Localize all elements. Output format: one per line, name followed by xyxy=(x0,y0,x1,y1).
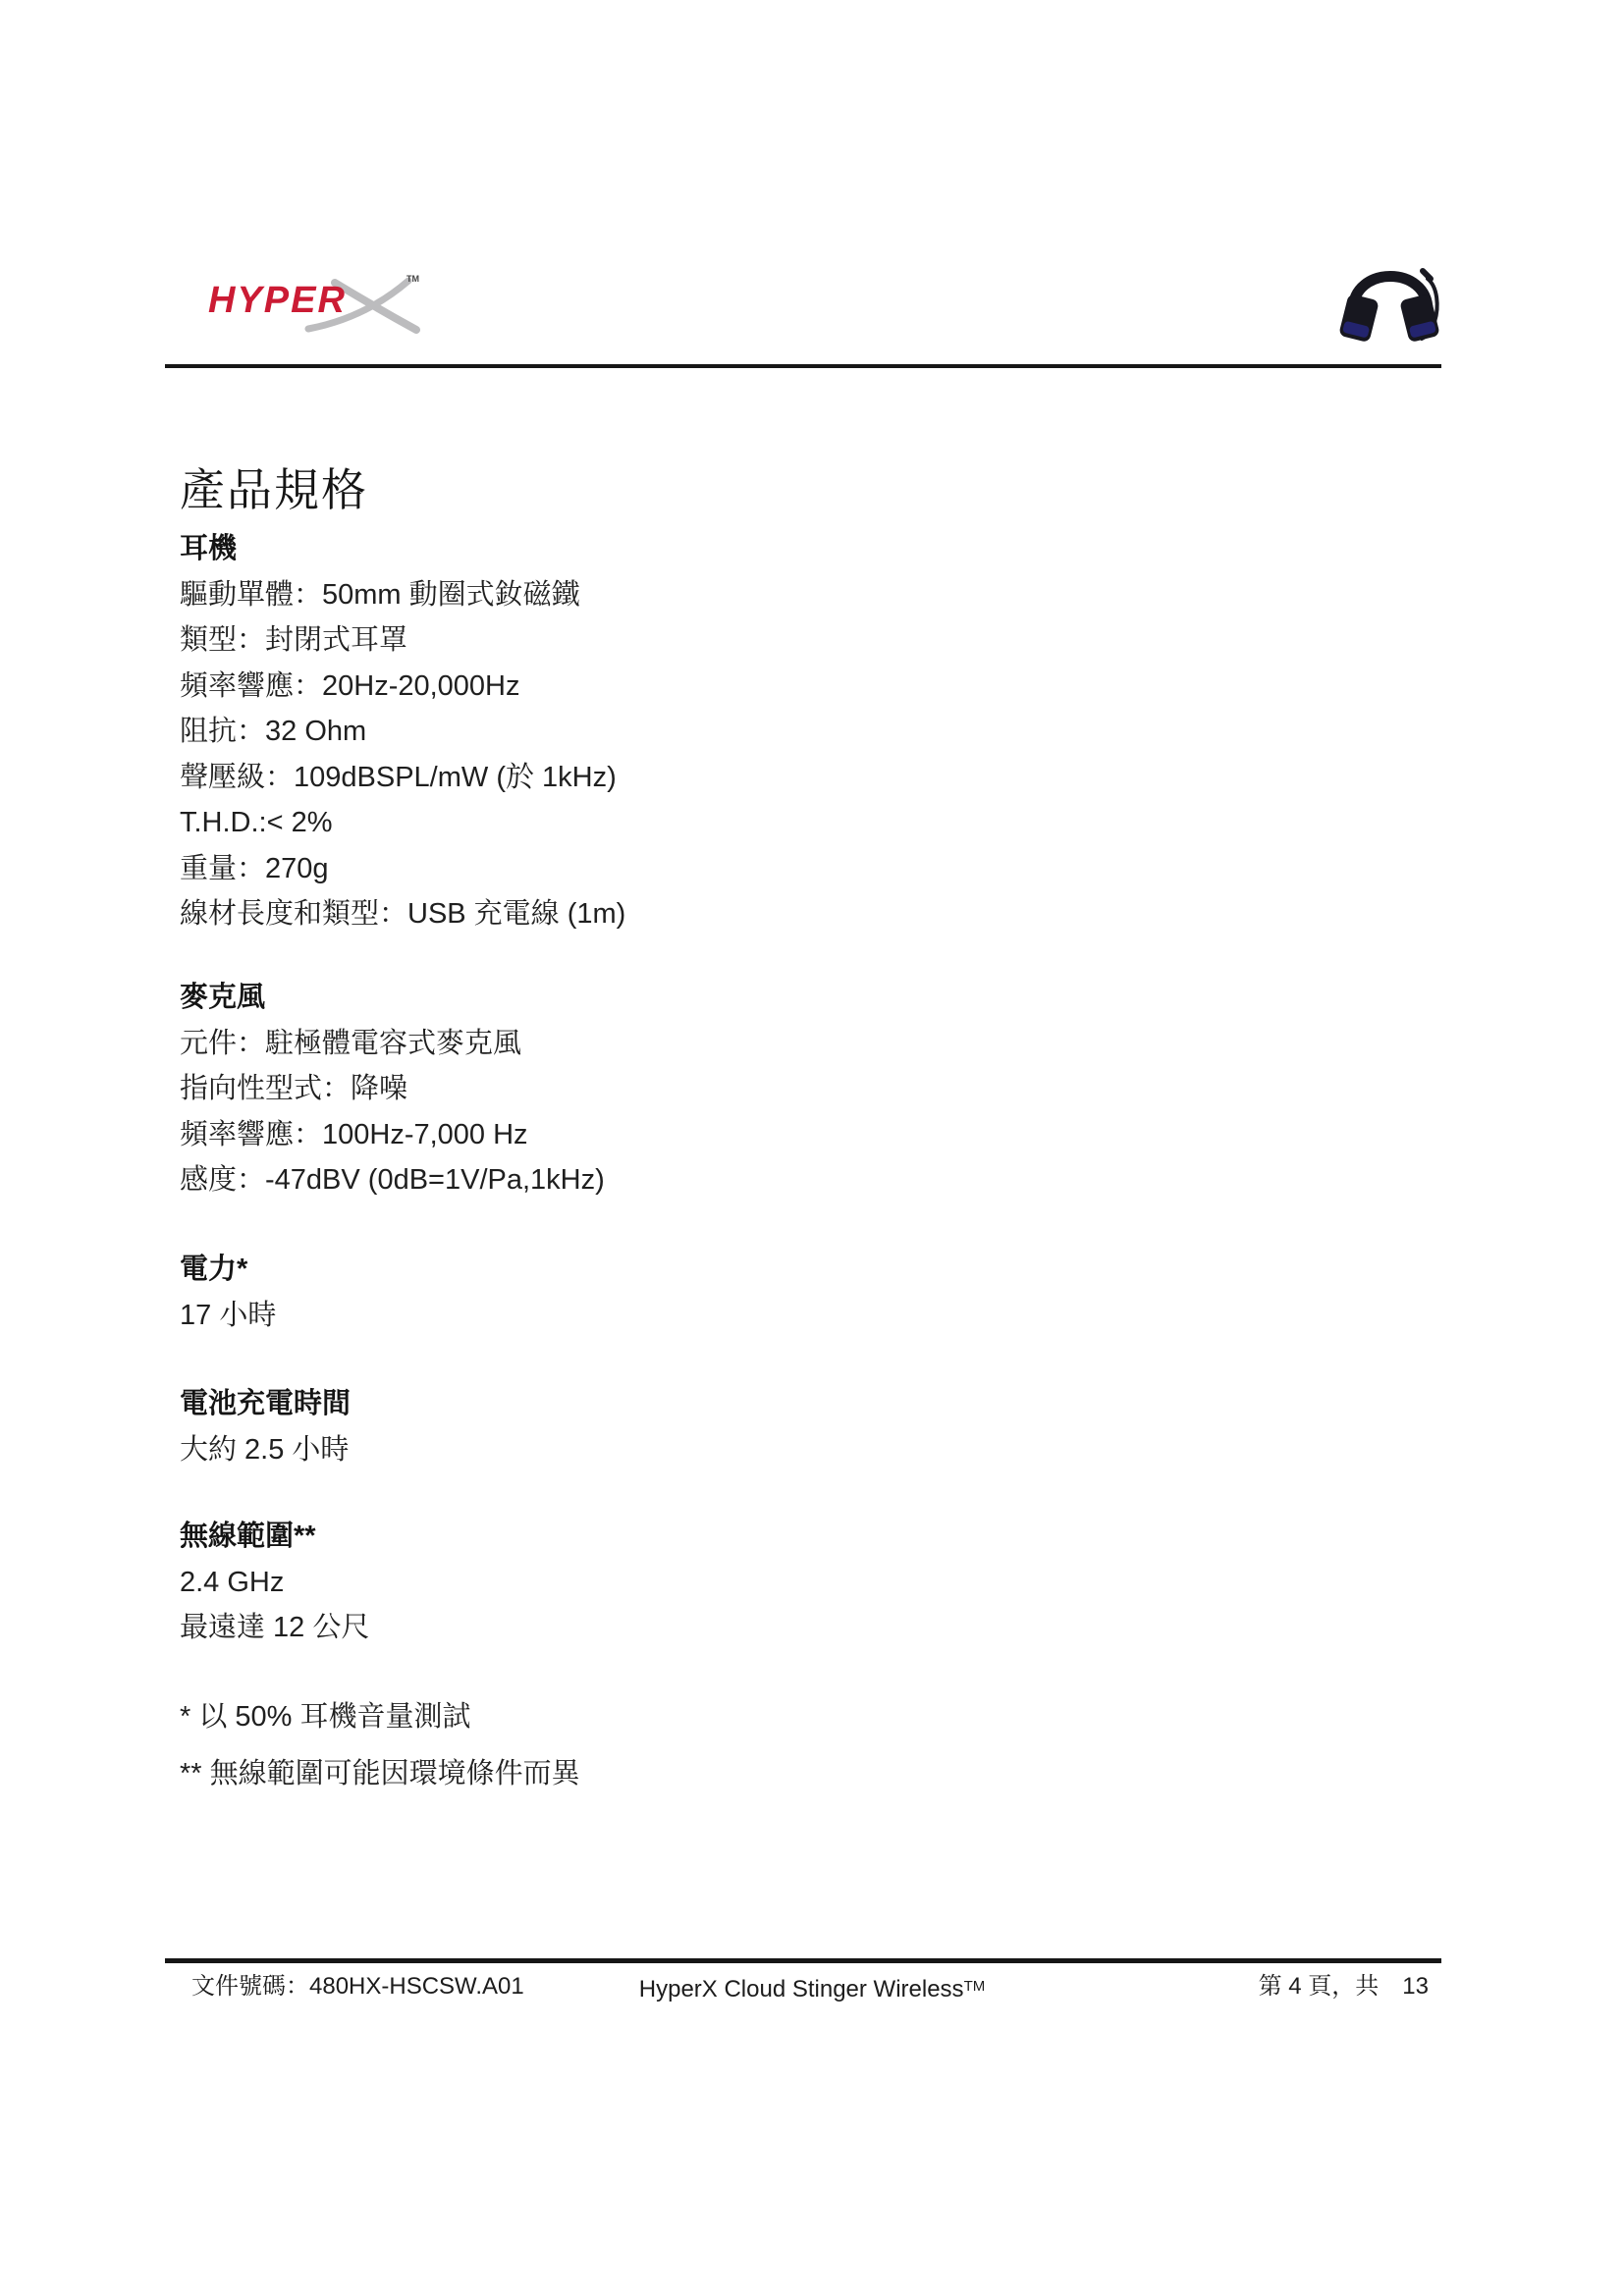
section-heading: 無線範圍** xyxy=(180,1514,369,1560)
spec-line-charge-hours: 大約 2.5 小時 xyxy=(180,1427,351,1473)
page-title: 產品規格 xyxy=(180,464,368,517)
spec-line-driver: 驅動單體：50mm 動圈式釹磁鐵 xyxy=(180,572,625,618)
footnote-range: ** 無線範圍可能因環境條件而異 xyxy=(180,1752,580,1796)
section-heading: 電力* xyxy=(180,1247,276,1293)
spec-line-frequency: 頻率響應：20Hz-20,000Hz xyxy=(180,664,625,710)
headset-image xyxy=(1333,249,1447,349)
spec-line-weight: 重量：270g xyxy=(180,846,625,892)
spec-line-cable: 線材長度和類型：USB 充電線 (1m) xyxy=(180,891,625,937)
section-microphone: 麥克風 元件：駐極體電容式麥克風 指向性型式：降噪 頻率響應：100Hz-7,0… xyxy=(180,975,605,1203)
spec-line-polar-pattern: 指向性型式：降噪 xyxy=(180,1066,605,1112)
footer-product-name-text: HyperX Cloud Stinger Wireless xyxy=(639,1976,964,2002)
logo-tm-mark: TM xyxy=(406,274,419,284)
header-divider xyxy=(165,364,1441,368)
section-heading: 麥克風 xyxy=(180,975,605,1021)
spec-line-spl: 聲壓級：109dBSPL/mW (於 1kHz) xyxy=(180,755,625,801)
headset-icon xyxy=(1333,249,1447,349)
section-headphone: 耳機 驅動單體：50mm 動圈式釹磁鐵 類型：封閉式耳罩 頻率響應：20Hz-2… xyxy=(180,526,625,937)
spec-line-distance: 最遠達 12 公尺 xyxy=(180,1605,369,1651)
spec-line-ghz: 2.4 GHz xyxy=(180,1560,369,1606)
spec-line-sensitivity: 感度：-47dBV (0dB=1V/Pa,1kHz) xyxy=(180,1157,605,1203)
footer-product-tm: TM xyxy=(964,1978,986,1995)
section-charge-time: 電池充電時間 大約 2.5 小時 xyxy=(180,1381,351,1472)
footer-page-number: 第 4 頁，共13 xyxy=(1259,1971,1429,2002)
section-heading: 電池充電時間 xyxy=(180,1381,351,1427)
spec-line-element: 元件：駐極體電容式麥克風 xyxy=(180,1021,605,1067)
footnote-volume: * 以 50% 耳機音量測試 xyxy=(180,1695,471,1739)
section-battery-life: 電力* 17 小時 xyxy=(180,1247,276,1338)
spec-line-impedance: 阻抗：32 Ohm xyxy=(180,709,625,755)
hyperx-logo-graphic: HYPER TM xyxy=(206,271,422,338)
section-wireless-range: 無線範圍** 2.4 GHz 最遠達 12 公尺 xyxy=(180,1514,369,1651)
spec-line-mic-frequency: 頻率響應：100Hz-7,000 Hz xyxy=(180,1112,605,1158)
document-page: HYPER TM 產品規格 耳機 驅動單體：50 xyxy=(0,0,1624,2296)
footer-page-prefix: 第 4 頁，共 xyxy=(1259,1971,1380,2002)
section-heading: 耳機 xyxy=(180,526,625,572)
spec-line-thd: T.H.D.:< 2% xyxy=(180,800,625,846)
spec-line-type: 類型：封閉式耳罩 xyxy=(180,617,625,664)
logo-wordmark: HYPER xyxy=(208,280,347,321)
spec-line-battery-hours: 17 小時 xyxy=(180,1293,276,1339)
hyperx-logo: HYPER TM xyxy=(206,271,422,338)
footer-divider xyxy=(165,1958,1441,1963)
footer-page-total: 13 xyxy=(1402,1971,1429,2002)
